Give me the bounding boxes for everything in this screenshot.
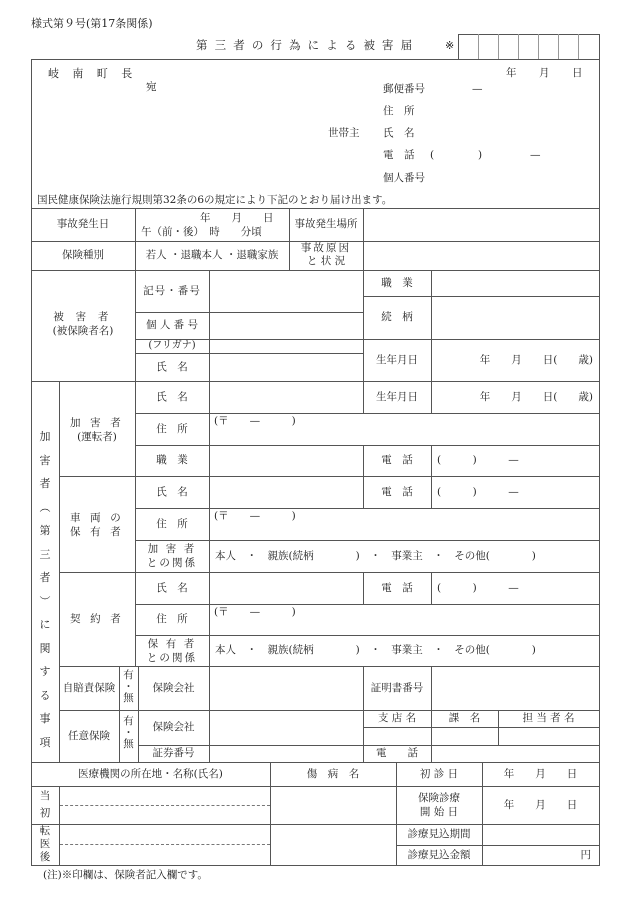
first-visit-date-field[interactable]: 年 月 日 [482, 762, 599, 786]
contractor-relation-options[interactable]: 本人 ・ 親族(続柄 ) ・ 事業主 ・ その他( ) [209, 635, 599, 666]
voluntary-company-label: 保険会社 [138, 710, 209, 745]
injury-header: 傷 病 名 [270, 762, 396, 786]
expected-period-label: 診療見込期間 [396, 824, 482, 845]
expected-amount-field[interactable]: 円 [482, 845, 599, 865]
driver-occupation-label: 職 業 [135, 445, 209, 476]
driver-name-label: 氏 名 [135, 381, 209, 413]
first-visit-label: 初 診 日 [396, 762, 482, 786]
certificate-number-label: 証明書番号 [363, 666, 431, 710]
owner-phone-label: 電 話 [363, 476, 431, 508]
victim-occupation-label: 職 業 [363, 270, 431, 296]
driver-phone-field[interactable]: ( ) — [431, 445, 599, 476]
victim-name-label: 氏 名 [135, 353, 209, 381]
insurer-mark: ※ [445, 40, 454, 51]
insurance-type-label: 保険種別 [31, 241, 135, 270]
person-in-charge-field[interactable] [499, 728, 599, 745]
compulsory-company-label: 保険会社 [138, 666, 209, 710]
accident-place-label: 事故発生場所 [289, 208, 363, 241]
victim-group-label: 被 害 者 (被保険者名) [31, 310, 135, 338]
postal-code-label: 郵便番号 [383, 84, 425, 95]
owner-address-field[interactable]: (〒 — ) [214, 511, 296, 522]
submit-date-month[interactable]: 月 [539, 68, 550, 79]
insurer-phone-field[interactable] [432, 746, 599, 762]
contractor-name-field[interactable] [210, 573, 363, 604]
householder-personal-number-field[interactable] [430, 167, 595, 185]
branch-name-label: 支 店 名 [363, 710, 431, 727]
driver-address-field[interactable]: (〒 — ) [214, 416, 296, 427]
victim-relationship-field[interactable] [432, 297, 599, 339]
contractor-address-label: 住 所 [135, 604, 209, 635]
insurer-phone-label: 電 話 [363, 745, 431, 762]
householder-name-field[interactable] [430, 122, 595, 140]
section-name-label: 課 名 [431, 710, 498, 727]
initial-institution-field[interactable] [60, 787, 270, 824]
contractor-group-label: 契 約 者 [59, 572, 135, 666]
contractor-phone-field[interactable]: ( ) — [431, 572, 599, 604]
owner-name-label: 氏 名 [135, 476, 209, 508]
policy-number-label: 証券番号 [138, 745, 209, 762]
victim-furigana-field[interactable] [210, 340, 363, 353]
accident-date-line1[interactable]: 年 月 日 [200, 213, 274, 224]
phone-dash: — [530, 150, 541, 161]
owner-relation-options[interactable]: 本人 ・ 親族(続柄 ) ・ 事業主 ・ その他( ) [209, 540, 599, 572]
owner-phone-field[interactable]: ( ) — [431, 476, 599, 508]
institution-header: 医療機関の所在地・名称(氏名) [31, 762, 270, 786]
perpetrator-section-vertical-label: 加 害 者 ︵ 第 三 者 ︶ に 関 す る 事 項 [31, 431, 59, 760]
person-in-charge-label: 担 当 者 名 [498, 710, 599, 727]
accident-cause-label: 事故原因 と 状 況 [289, 242, 363, 270]
driver-group-label: 加 害 者 (運転者) [59, 416, 135, 444]
form-number: 様式第９号(第17条関係) [31, 18, 153, 29]
victim-symbol-number-field[interactable] [210, 271, 363, 312]
insured-start-date-field[interactable]: 年 月 日 [482, 786, 599, 824]
transfer-institution-field[interactable] [60, 825, 270, 865]
driver-address-label: 住 所 [135, 413, 209, 445]
voluntary-insurance-label: 任意保険 [59, 710, 119, 762]
addressee-honorific: 宛 [146, 82, 157, 93]
initial-institution-label: 当 初 [31, 791, 59, 825]
voluntary-company-field[interactable] [210, 711, 363, 745]
insurer-cell-7[interactable] [579, 35, 598, 59]
driver-occupation-field[interactable] [210, 446, 363, 476]
phone-open-paren: ( [430, 150, 434, 161]
victim-personal-number-field[interactable] [210, 313, 363, 339]
accident-date-line2[interactable]: 午（前・後） 時 分頃 [141, 227, 262, 238]
name-label: 氏 名 [383, 128, 415, 139]
owner-name-field[interactable] [210, 477, 363, 508]
victim-name-field[interactable] [210, 354, 363, 381]
insurer-cell-6[interactable] [559, 35, 578, 59]
insurer-cell-3[interactable] [499, 35, 518, 59]
victim-symbol-number-label: 記号・番号 [135, 270, 209, 312]
expected-amount-label: 診療見込金額 [396, 845, 482, 865]
contractor-phone-label: 電 話 [363, 572, 431, 604]
accident-cause-field[interactable] [364, 242, 599, 270]
addressee-to: 岐 南 町 長 [48, 68, 137, 79]
insurer-cell-4[interactable] [519, 35, 538, 59]
phone-close-paren: ) [478, 150, 482, 161]
frame-bottom [31, 865, 600, 866]
initial-injury-field[interactable] [271, 787, 396, 824]
victim-personal-number-label: 個 人 番 号 [135, 312, 209, 339]
victim-birthdate-label: 生年月日 [363, 339, 431, 381]
insurer-cell-5[interactable] [539, 35, 558, 59]
transfer-institution-label: 転 医 後 [31, 826, 59, 865]
owner-address-label: 住 所 [135, 508, 209, 540]
submit-date-year[interactable]: 年 [506, 68, 517, 79]
form-title: 第 三 者 の 行 為 に よ る 被 害 届 [196, 40, 414, 52]
victim-furigana-label: (フリガナ) [135, 339, 209, 353]
insurer-cell-2[interactable] [479, 35, 498, 59]
policy-number-field[interactable] [210, 746, 363, 762]
address-label: 住 所 [383, 106, 415, 117]
transfer-injury-field[interactable] [271, 825, 396, 865]
accident-date-label: 事故発生日 [31, 208, 135, 241]
insurance-type-options[interactable]: 若人 ・退職本人 ・退職家族 [135, 241, 289, 270]
statement-text: 国民健康保険法施行規則第32条の6の規定により下記のとおり届け出ます。 [37, 195, 392, 206]
contractor-relation-label: 保 有 者 との関係 [135, 637, 209, 665]
owner-relation-label: 加 害 者 との関係 [135, 542, 209, 570]
frame-right [599, 34, 600, 865]
footnote: (注)※印欄は、保険者記入欄です。 [43, 870, 208, 881]
driver-name-field[interactable] [210, 382, 363, 413]
contractor-name-label: 氏 名 [135, 572, 209, 604]
compulsory-yes-no-toggle[interactable]: 有 ・ 無 [119, 670, 138, 705]
personal-number-label: 個人番号 [383, 173, 425, 184]
voluntary-yes-no-toggle[interactable]: 有 ・ 無 [119, 716, 138, 751]
victim-occupation-field[interactable] [432, 271, 599, 296]
frame-top [31, 59, 599, 60]
driver-birthdate-label: 生年月日 [363, 381, 431, 413]
victim-birthdate-field[interactable]: 年 月 日( 歳) [431, 339, 599, 381]
compulsory-company-field[interactable] [210, 667, 363, 710]
vehicle-owner-group-label: 車 両 の 保 有 者 [59, 511, 135, 539]
contractor-address-field[interactable]: (〒 — ) [214, 607, 296, 618]
compulsory-insurance-label: 自賠責保険 [59, 666, 119, 710]
certificate-number-field[interactable] [432, 667, 599, 710]
victim-relationship-label: 続 柄 [363, 296, 431, 339]
householder-label: 世帯主 [328, 128, 360, 139]
submit-date-day[interactable]: 日 [572, 68, 583, 79]
insurer-cell-1[interactable] [459, 35, 478, 59]
insured-start-label: 保険診療 開 始 日 [396, 791, 482, 819]
expected-period-field[interactable] [483, 825, 599, 845]
householder-address-field[interactable] [430, 100, 595, 118]
phone-label: 電 話 [383, 150, 415, 161]
branch-name-field[interactable] [364, 728, 431, 745]
accident-place-field[interactable] [364, 209, 599, 241]
driver-birthdate-field[interactable]: 年 月 日( 歳) [431, 381, 599, 413]
postal-code-dash[interactable]: — [472, 84, 483, 95]
section-name-field[interactable] [432, 728, 498, 745]
driver-phone-label: 電 話 [363, 445, 431, 476]
